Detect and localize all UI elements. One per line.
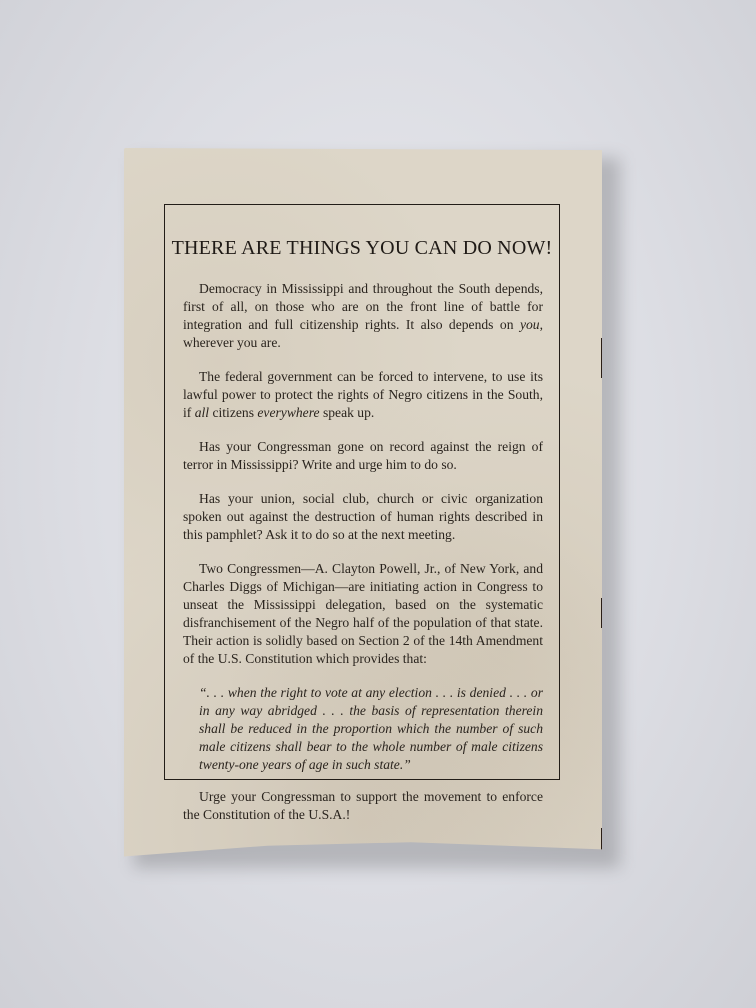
paragraph-organization: Has your union, social club, church or c… <box>183 490 543 544</box>
emphasis: you <box>520 317 540 332</box>
paragraph-call-to-action: Urge your Congressman to support the mov… <box>183 788 543 824</box>
headline: THERE ARE THINGS YOU CAN DO NOW! <box>165 237 559 260</box>
paragraph-two-congressmen: Two Congressmen—A. Clayton Powell, Jr., … <box>183 560 543 668</box>
body-text: Democracy in Mississippi and throughout … <box>165 280 559 824</box>
pamphlet-page: THERE ARE THINGS YOU CAN DO NOW! Democra… <box>124 148 602 860</box>
paragraph-democracy: Democracy in Mississippi and throughout … <box>183 280 543 352</box>
text: speak up. <box>320 405 375 420</box>
paragraph-congressman: Has your Congressman gone on record agai… <box>183 438 543 474</box>
emphasis: all <box>195 405 209 420</box>
text: Democracy in Mississippi and throughout … <box>183 281 543 332</box>
paragraph-federal-government: The federal government can be forced to … <box>183 368 543 422</box>
text-frame: THERE ARE THINGS YOU CAN DO NOW! Democra… <box>164 204 560 780</box>
emphasis: everywhere <box>257 405 319 420</box>
text: citizens <box>209 405 257 420</box>
amendment-quote: “. . . when the right to vote at any ele… <box>183 684 543 774</box>
